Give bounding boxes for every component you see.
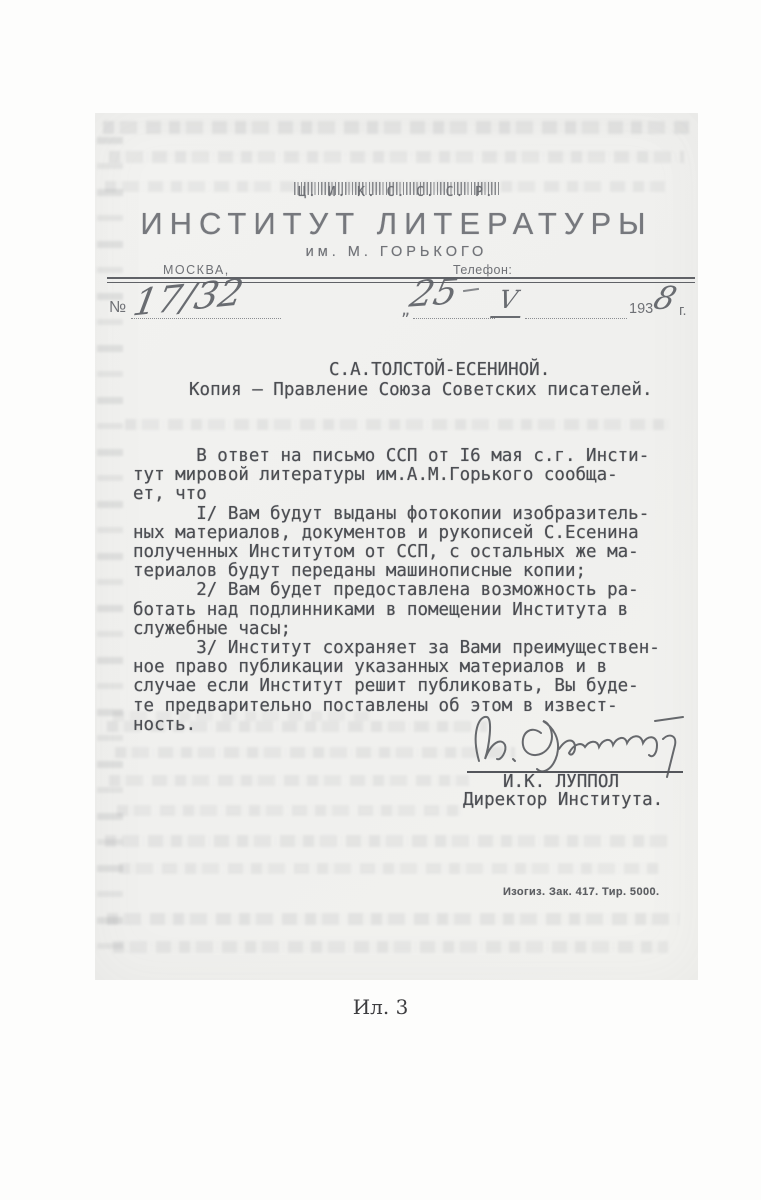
bleed-through-row: [117, 805, 462, 816]
crossed-out-stamp: Ц. И. К. С. С. С. Р.: [95, 181, 698, 200]
date-line-2: [525, 317, 627, 319]
bleed-through-row: [113, 941, 668, 953]
year-suffix: г.: [679, 303, 687, 319]
letter-body: В ответ на письмо ССП от I6 мая с.г. Инс…: [133, 447, 660, 735]
body-line: 2/ Вам будет предоставлена возможность р…: [133, 581, 660, 600]
body-line: ботать над подлинниками в помещении Инст…: [133, 601, 660, 620]
recipient-block: С.А.ТОЛСТОЙ-ЕСЕНИНОЙ. Копия – Правление …: [133, 361, 653, 400]
body-line: тут мировой литературы им.А.М.Горького с…: [133, 466, 660, 485]
body-line: териалов будут переданы машинописные коп…: [133, 562, 660, 581]
org-subtitle: им. М. ГОРЬКОГО: [95, 244, 698, 260]
body-line: случае если Институт решит публиковать, …: [133, 677, 660, 696]
bleed-through-row: [105, 835, 670, 847]
body-line: ет, что: [133, 485, 660, 504]
body-line: служебные часы;: [133, 620, 660, 639]
handwritten-month: V: [490, 285, 526, 318]
day-flourish: [463, 288, 479, 292]
body-line: I/ Вам будут выданы фотокопии изобразите…: [133, 505, 660, 524]
bleed-through-row: [109, 151, 684, 163]
phone-label: Телефон:: [453, 263, 512, 277]
handwritten-year-digit: 8: [649, 278, 681, 317]
date-line-1: [413, 317, 495, 319]
figure-caption: Ил. 3: [0, 995, 761, 1019]
body-line: В ответ на письмо ССП от I6 мая с.г. Инс…: [133, 447, 660, 466]
handwritten-day: 25: [406, 271, 461, 315]
body-line: ных материалов, документов и рукописей С…: [133, 524, 660, 543]
body-line: ное право публикации указанных материало…: [133, 658, 660, 677]
recipient: С.А.ТОЛСТОЙ-ЕСЕНИНОЙ.: [329, 361, 653, 380]
body-line: 3/ Институт сохраняет за Вами преимущест…: [133, 639, 660, 658]
body-line: полученных Институтом от ССП, с остальны…: [133, 543, 660, 562]
bleed-through-row: [107, 913, 679, 925]
bleed-through-margin: [97, 137, 123, 967]
copy-line: Копия – Правление Союза Советских писате…: [189, 381, 653, 400]
bleed-through-row: [115, 747, 515, 758]
scanned-letter: Ц. И. К. С. С. С. Р. ИНСТИТУТ ЛИТЕРАТУРЫ…: [95, 113, 698, 980]
number-label: №: [109, 299, 126, 317]
bleed-through-row: [109, 775, 469, 786]
stamp-text: Ц. И. К. С. С. С. Р.: [298, 185, 495, 200]
bleed-through-row: [125, 419, 670, 430]
bleed-through-row: [103, 121, 689, 134]
bleed-through-row: [119, 863, 659, 874]
imprint-line: Изогиз. Зак. 417. Тир. 5000.: [503, 886, 659, 898]
signature-title: Директор Института.: [463, 791, 663, 810]
org-name: ИНСТИТУТ ЛИТЕРАТУРЫ: [95, 206, 698, 242]
